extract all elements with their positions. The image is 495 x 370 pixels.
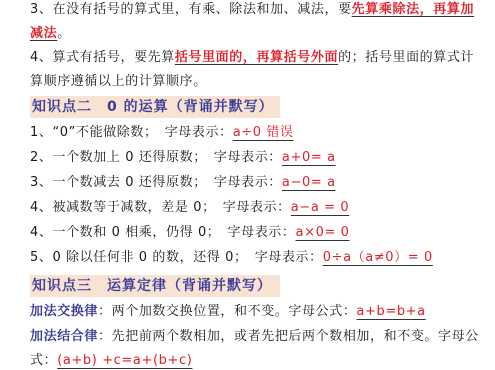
- law-associative: 加法结合律：先把前两个数相加，或者先把后两个数相加，和不变。字母公: [30, 328, 479, 346]
- zero-rule-3: 3、一个数减去 0 还得原数； 字母表示：a−0= a: [30, 174, 342, 192]
- law-name: 加法结合律: [30, 329, 98, 344]
- zero-rule-6: 5、0 除以任何非 0 的数，还得 0； 字母表示：0÷a（a≠0）= 0: [30, 249, 439, 267]
- zero-rule-text: 2、一个数加上 0 还得原数； 字母表示：: [30, 150, 282, 165]
- zero-rule-4: 4、被减数等于减数，差是 0； 字母表示：a−a = 0: [30, 199, 355, 217]
- rule-4-suffix: 的；括号里面的算式计: [338, 50, 474, 65]
- zero-rule-formula: a×0= 0: [296, 225, 356, 240]
- zero-rule-formula: a÷0 错误: [233, 125, 300, 140]
- rule-3-line-1: 3、在没有括号的算式里，有乘、除法和加、减法，要先算乘除法，再算加: [30, 1, 474, 19]
- zero-rule-text: 4、一个数和 0 相乘，仍得 0； 字母表示：: [30, 225, 296, 240]
- zero-rule-formula: 0÷a（a≠0）= 0: [323, 250, 439, 265]
- law-associative-cont: 式：(a+b) +c=a+(b+c): [30, 352, 198, 370]
- rule-3-highlight: 先算乘除法，再算加: [352, 2, 474, 17]
- law-text: ：两个加数交换位置，和不变。字母公式：: [98, 304, 356, 319]
- rule-3-text: 3、在没有括号的算式里，有乘、除法和加、减法，要: [30, 2, 352, 17]
- rule-3-end: 。: [57, 26, 71, 41]
- rule-3-line-2: 减法。: [30, 25, 71, 43]
- zero-rule-5: 4、一个数和 0 相乘，仍得 0； 字母表示：a×0= 0: [30, 224, 356, 242]
- zero-rule-text: 5、0 除以任何非 0 的数，还得 0； 字母表示：: [30, 250, 323, 265]
- zero-rule-formula: a−0= a: [282, 175, 342, 190]
- section-3-title: 知识点三 运算定律（背诵并默写）: [30, 275, 280, 297]
- zero-rule-formula: a+0= a: [282, 150, 342, 165]
- zero-rule-formula: a−a = 0: [291, 200, 355, 215]
- zero-rule-text: 4、被减数等于减数，差是 0； 字母表示：: [30, 200, 291, 215]
- law-formula: a+b=b+a: [356, 304, 431, 319]
- zero-rule-text: 1、“0”不能做除数； 字母表示：: [30, 125, 233, 140]
- law-name: 加法交换律: [30, 304, 98, 319]
- rule-3-highlight-cont: 减法: [30, 26, 57, 41]
- rule-4-line-2: 算顺序遵循以上的计算顺序。: [30, 73, 207, 91]
- rule-4-cont: 算顺序遵循以上的计算顺序。: [30, 74, 207, 89]
- zero-rule-text: 3、一个数减去 0 还得原数； 字母表示：: [30, 175, 282, 190]
- law-commutative: 加法交换律：两个加数交换位置，和不变。字母公式：a+b=b+a: [30, 303, 432, 321]
- section-2-title: 知识点二 0 的运算（背诵并默写）: [30, 96, 280, 118]
- zero-rule-2: 2、一个数加上 0 还得原数； 字母表示：a+0= a: [30, 149, 342, 167]
- law-text-cont: 式：: [30, 353, 57, 368]
- rule-4-highlight: 括号里面的，再算括号外面: [175, 50, 338, 65]
- rule-4-line-1: 4、算式有括号，要先算括号里面的，再算括号外面的；括号里面的算式计: [30, 49, 474, 67]
- law-text: ：先把前两个数相加，或者先把后两个数相加，和不变。字母公: [98, 329, 479, 344]
- rule-4-text: 4、算式有括号，要先算: [30, 50, 175, 65]
- zero-rule-1: 1、“0”不能做除数； 字母表示：a÷0 错误: [30, 124, 300, 142]
- law-formula: (a+b) +c=a+(b+c): [57, 353, 198, 368]
